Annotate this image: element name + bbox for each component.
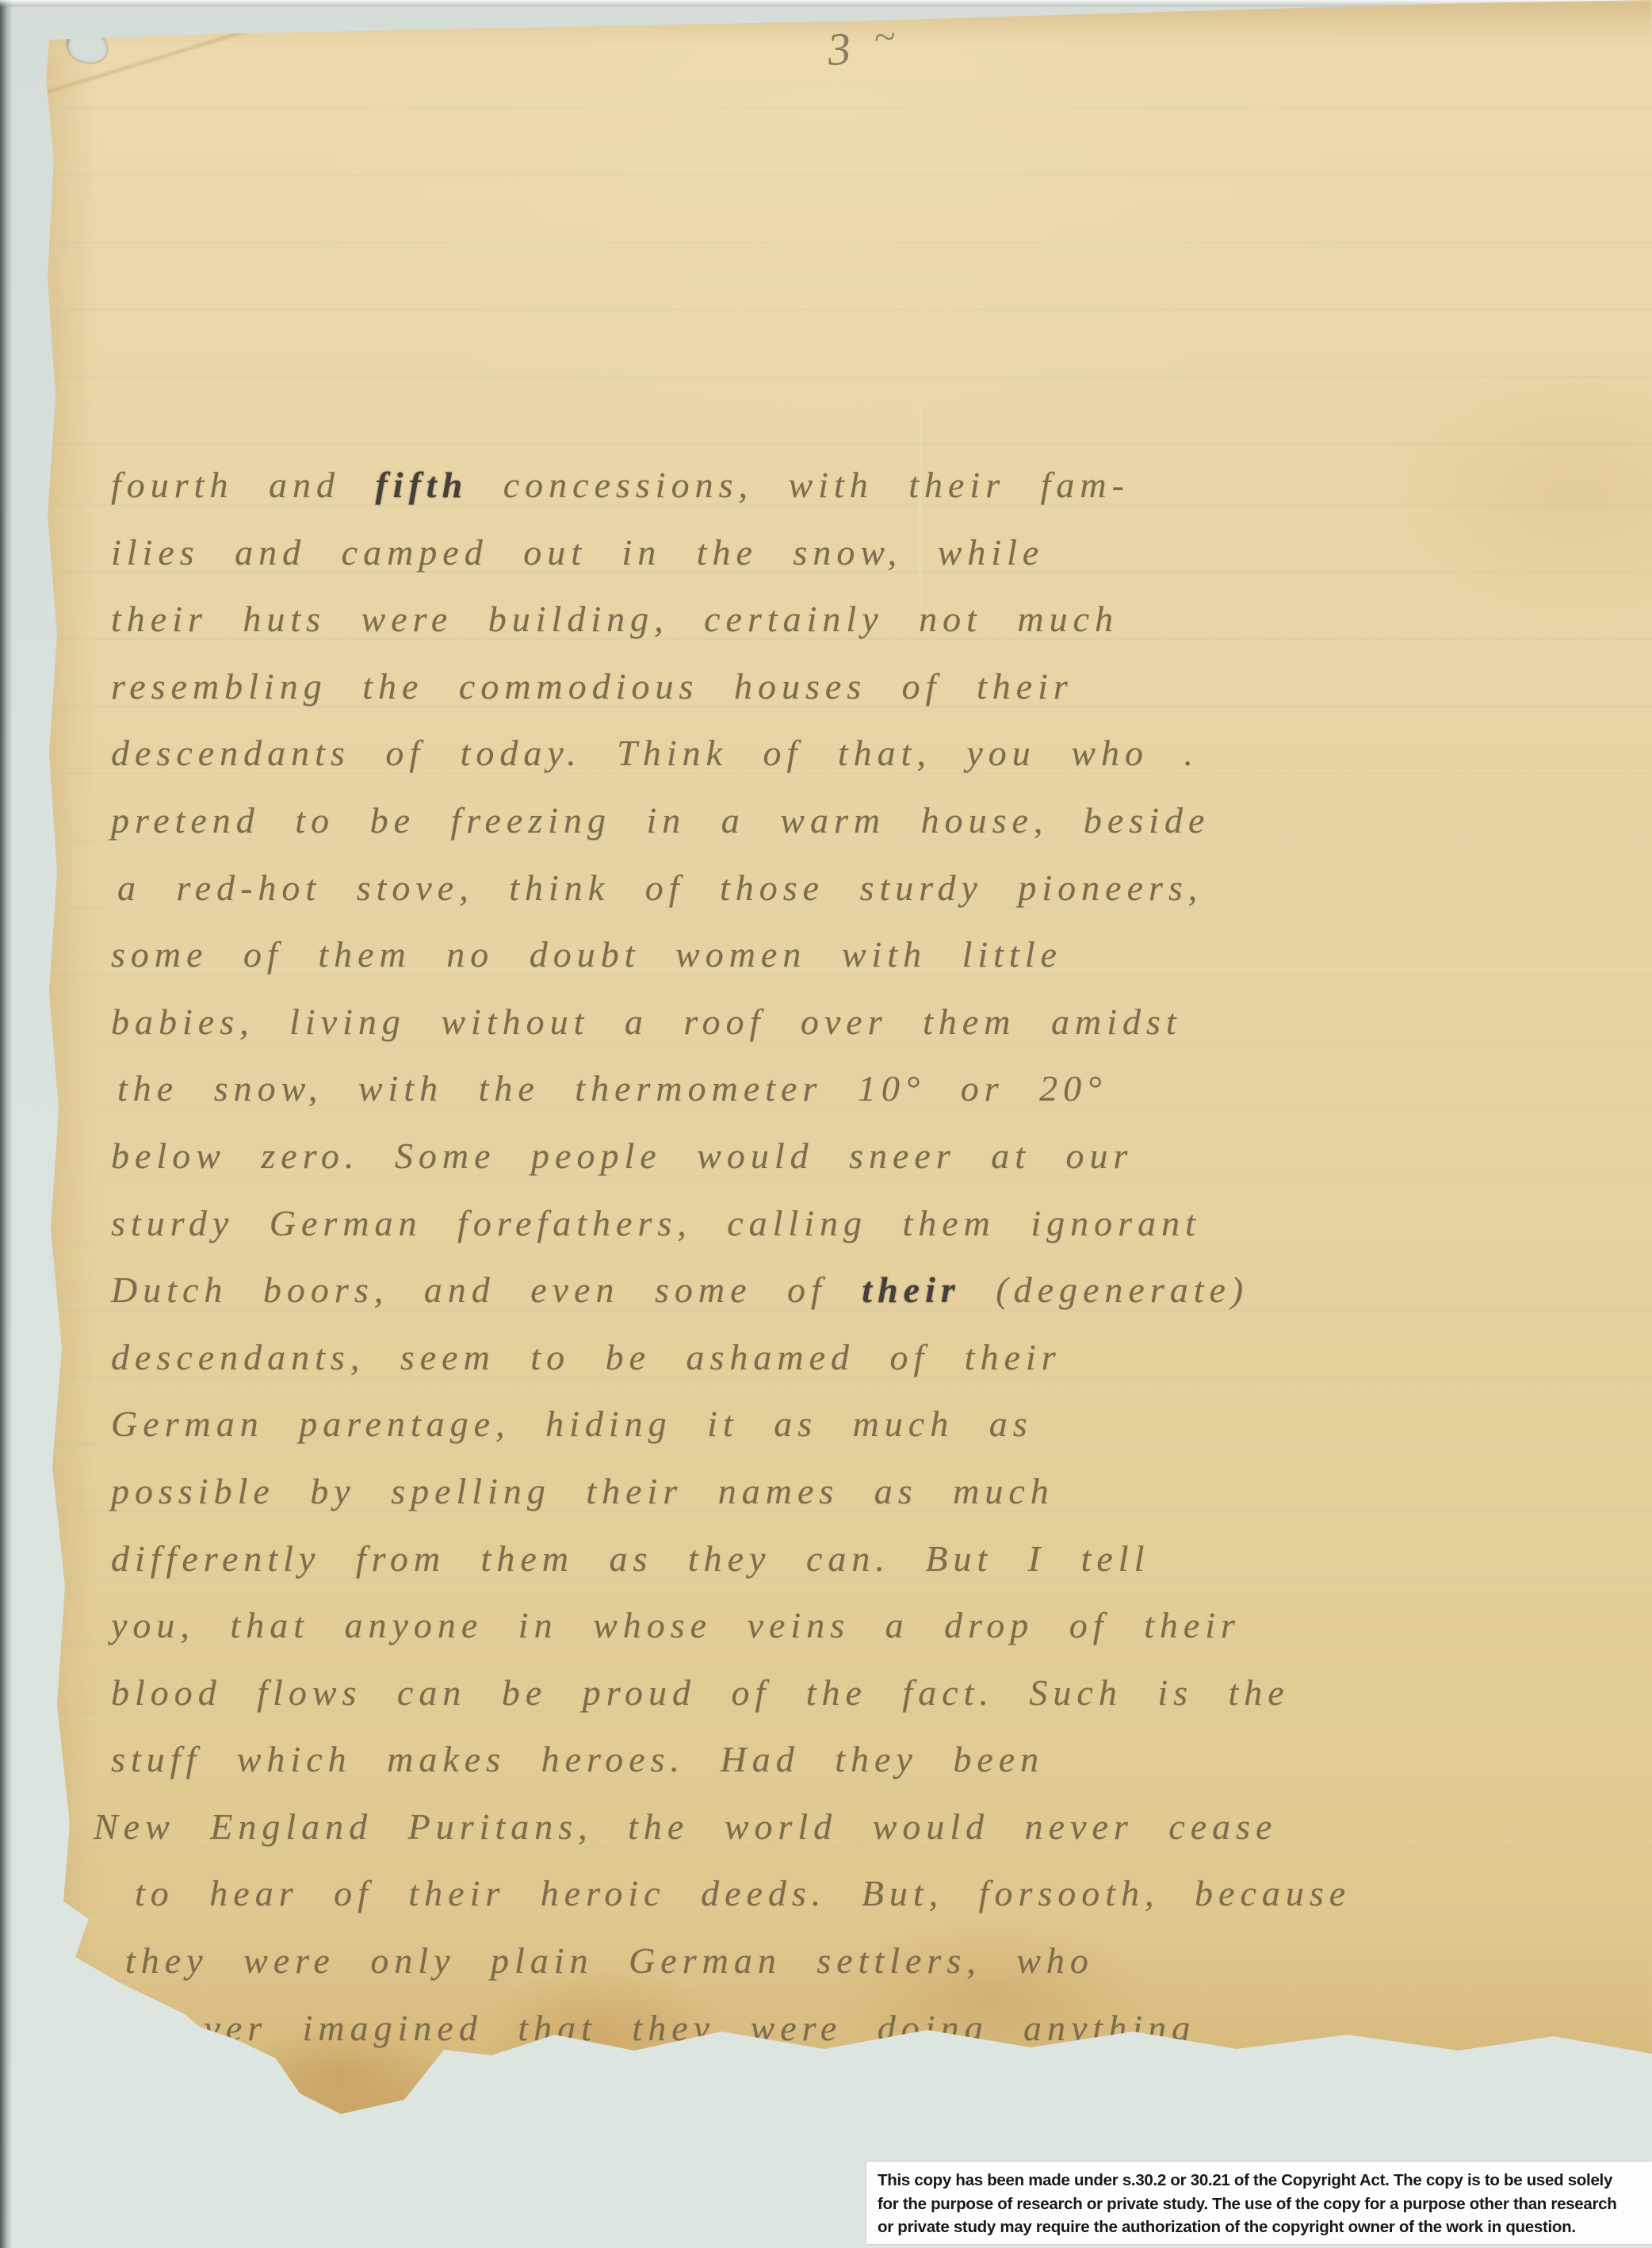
manuscript-line-5: descendants of today. Think of that, you… xyxy=(111,720,1649,787)
manuscript-line-1: fourth and fifth concessions, with their… xyxy=(111,452,1649,519)
manuscript-lines: fourth and fifth concessions, with their… xyxy=(111,452,1649,2062)
scanner-edge-shadow xyxy=(0,0,13,2248)
manuscript-line-3: their huts were building, certainly not … xyxy=(111,586,1649,653)
handwriting-segment: descendants, seem to be ashamed of their xyxy=(111,1337,1061,1377)
overwritten-word: fifth xyxy=(375,465,468,505)
handwriting-segment: ilies and camped out in the snow, while xyxy=(111,532,1044,573)
handwriting-segment: they were only plain German settlers, wh… xyxy=(125,1940,1094,1981)
handwriting-segment: Dutch boors, and even some of xyxy=(111,1270,862,1310)
manuscript-line-24: never imagined that they were doing anyt… xyxy=(159,1995,1649,2062)
page-number-digit: 3 xyxy=(826,22,855,75)
handwriting-segment: stuff which makes heroes. Had they been xyxy=(111,1739,1044,1779)
manuscript-line-6: pretend to be freezing in a warm house, … xyxy=(111,787,1649,855)
manuscript-line-8: some of them no doubt women with little xyxy=(111,921,1649,989)
handwriting-segment: blood flows can be proud of the fact. Su… xyxy=(111,1672,1290,1713)
handwriting-segment: New England Puritans, the world would ne… xyxy=(94,1806,1277,1847)
manuscript-line-20: stuff which makes heroes. Had they been xyxy=(111,1726,1649,1794)
manuscript-line-16: possible by spelling their names as much xyxy=(111,1458,1649,1526)
paper-left-edge-shade xyxy=(32,0,95,2141)
handwriting-segment: German parentage, hiding it as much as xyxy=(111,1404,1033,1444)
manuscript-line-14: descendants, seem to be ashamed of their xyxy=(111,1324,1649,1392)
handwriting-segment: you, that anyone in whose veins a drop o… xyxy=(111,1605,1241,1645)
manuscript-line-22: to hear of their heroic deeds. But, fors… xyxy=(135,1860,1649,1928)
manuscript-line-23: they were only plain German settlers, wh… xyxy=(125,1928,1649,1995)
manuscript-line-10: the snow, with the thermometer 10° or 20… xyxy=(117,1055,1649,1123)
handwriting-segment: concessions, with their fam- xyxy=(468,465,1130,505)
handwriting-segment: to hear of their heroic deeds. But, fors… xyxy=(135,1873,1351,1913)
manuscript-line-9: babies, living without a roof over them … xyxy=(111,989,1649,1056)
scanned-page-background: 3~ fourth and fifth concessions, with th… xyxy=(0,0,1652,2248)
manuscript-line-18: you, that anyone in whose veins a drop o… xyxy=(111,1592,1649,1660)
overwritten-word: their xyxy=(862,1270,960,1310)
handwriting-segment: their huts were building, certainly not … xyxy=(111,599,1119,639)
handwriting-segment: resembling the commodious houses of thei… xyxy=(111,666,1073,707)
stamp-line-3: or private study may require the authori… xyxy=(878,2215,1642,2239)
page-number-mark: ~ xyxy=(872,13,900,60)
manuscript-line-2: ilies and camped out in the snow, while xyxy=(111,519,1649,587)
manuscript-line-13: Dutch boors, and even some of their (deg… xyxy=(111,1257,1649,1324)
handwriting-segment: pretend to be freezing in a warm house, … xyxy=(111,800,1210,841)
manuscript-line-19: blood flows can be proud of the fact. Su… xyxy=(111,1660,1649,1727)
handwriting-segment: a red-hot stove, think of those sturdy p… xyxy=(117,867,1203,908)
stamp-line-1: This copy has been made under s.30.2 or … xyxy=(878,2169,1642,2192)
handwriting-segment: the snow, with the thermometer 10° or 20… xyxy=(117,1068,1107,1109)
handwriting-segment: babies, living without a roof over them … xyxy=(111,1001,1182,1042)
manuscript-line-7: a red-hot stove, think of those sturdy p… xyxy=(117,855,1649,922)
handwriting-segment: never imagined that they were doing anyt… xyxy=(159,2008,1195,2048)
manuscript-line-17: differently from them as they can. But I… xyxy=(111,1526,1649,1593)
handwriting-segment: some of them no doubt women with little xyxy=(111,934,1062,975)
handwriting-segment: differently from them as they can. But I… xyxy=(111,1538,1149,1579)
handwriting-segment: (degenerate) xyxy=(961,1270,1249,1310)
page-number: 3~ xyxy=(826,18,901,76)
handwriting-segment: sturdy German forefathers, calling them … xyxy=(111,1203,1201,1243)
manuscript-line-11: below zero. Some people would sneer at o… xyxy=(111,1123,1649,1190)
copyright-stamp: This copy has been made under s.30.2 or … xyxy=(866,2162,1652,2244)
handwriting-segment: possible by spelling their names as much xyxy=(111,1471,1054,1511)
paper-sheet: 3~ fourth and fifth concessions, with th… xyxy=(0,0,1652,2141)
manuscript-line-21: New England Puritans, the world would ne… xyxy=(94,1794,1649,1861)
handwriting-segment: fourth and xyxy=(111,465,375,505)
handwriting-segment: descendants of today. Think of that, you… xyxy=(111,733,1199,773)
manuscript-line-12: sturdy German forefathers, calling them … xyxy=(111,1190,1649,1258)
manuscript-line-15: German parentage, hiding it as much as xyxy=(111,1391,1649,1458)
handwriting-segment: below zero. Some people would sneer at o… xyxy=(111,1135,1133,1176)
stamp-line-2: for the purpose of research or private s… xyxy=(878,2192,1642,2216)
manuscript-line-4: resembling the commodious houses of thei… xyxy=(111,653,1649,721)
